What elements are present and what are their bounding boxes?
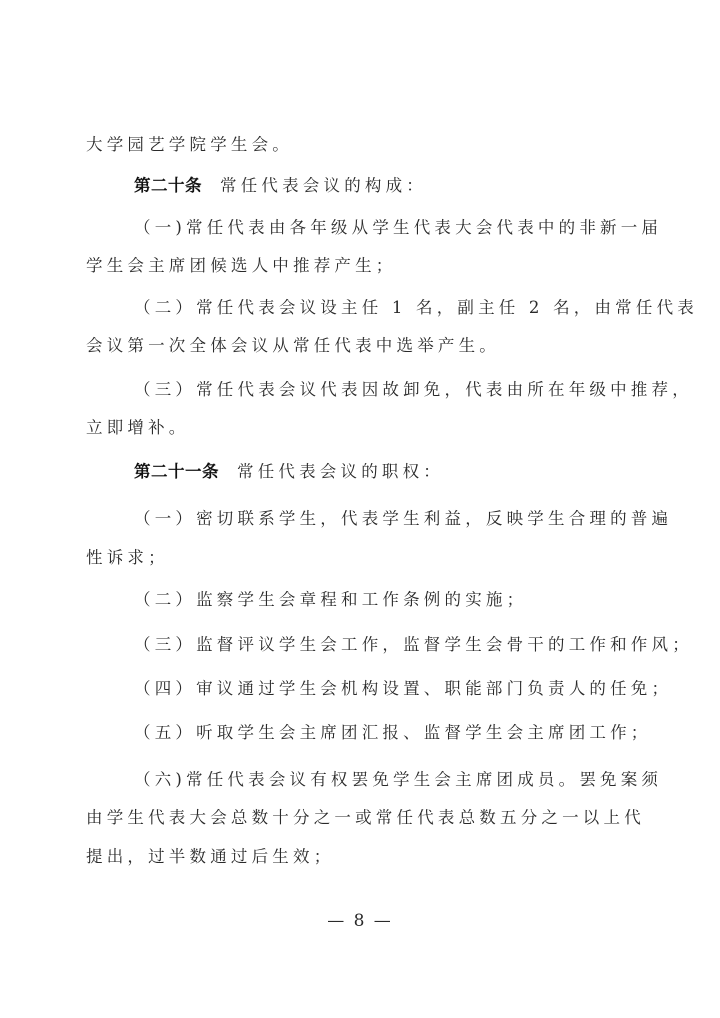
paragraph-line: （二）常任代表会议设主任 1 名，副主任 2 名，由常任代表: [134, 297, 626, 319]
article-number: 第二十条: [134, 176, 202, 195]
article-title: 常任代表会议的构成：: [220, 176, 427, 195]
paragraph-line: 立即增补。: [86, 417, 626, 439]
paragraph-line: （六)常任代表会议有权罢免学生会主席团成员。罢免案须: [134, 769, 626, 791]
paragraph-line: （一)常任代表由各年级从学生代表大会代表中的非新一届: [134, 217, 626, 239]
paragraph-line: 大学园艺学院学生会。: [86, 134, 626, 156]
article-number: 第二十一条: [134, 462, 219, 481]
paragraph-line: （二）监察学生会章程和工作条例的实施；: [134, 589, 626, 611]
paragraph-line: （四）审议通过学生会机构设置、职能部门负责人的任免；: [134, 678, 626, 700]
article-title: 常任代表会议的职权：: [237, 462, 444, 481]
article-heading: 第二十一条常任代表会议的职权：: [134, 461, 626, 483]
paragraph-line: （五）听取学生会主席团汇报、监督学生会主席团工作；: [134, 722, 626, 744]
paragraph-line: （三）监督评议学生会工作，监督学生会骨干的工作和作风；: [134, 634, 626, 656]
page-number: — 8 —: [0, 911, 720, 931]
paragraph-line: （三）常任代表会议代表因故卸免，代表由所在年级中推荐，: [134, 379, 626, 401]
paragraph-line: 会议第一次全体会议从常任代表中选举产生。: [86, 335, 626, 357]
paragraph-line: 由学生代表大会总数十分之一或常任代表总数五分之一以上代: [86, 807, 626, 829]
document-page: 大学园艺学院学生会。 第二十条常任代表会议的构成： （一)常任代表由各年级从学生…: [0, 0, 720, 1018]
paragraph-line: 学生会主席团候选人中推荐产生；: [86, 255, 626, 277]
paragraph-line: 性诉求；: [86, 547, 626, 569]
paragraph-line: 提出，过半数通过后生效；: [86, 846, 626, 868]
paragraph-line: （一）密切联系学生，代表学生利益，反映学生合理的普遍: [134, 508, 626, 530]
article-heading: 第二十条常任代表会议的构成：: [134, 175, 626, 197]
